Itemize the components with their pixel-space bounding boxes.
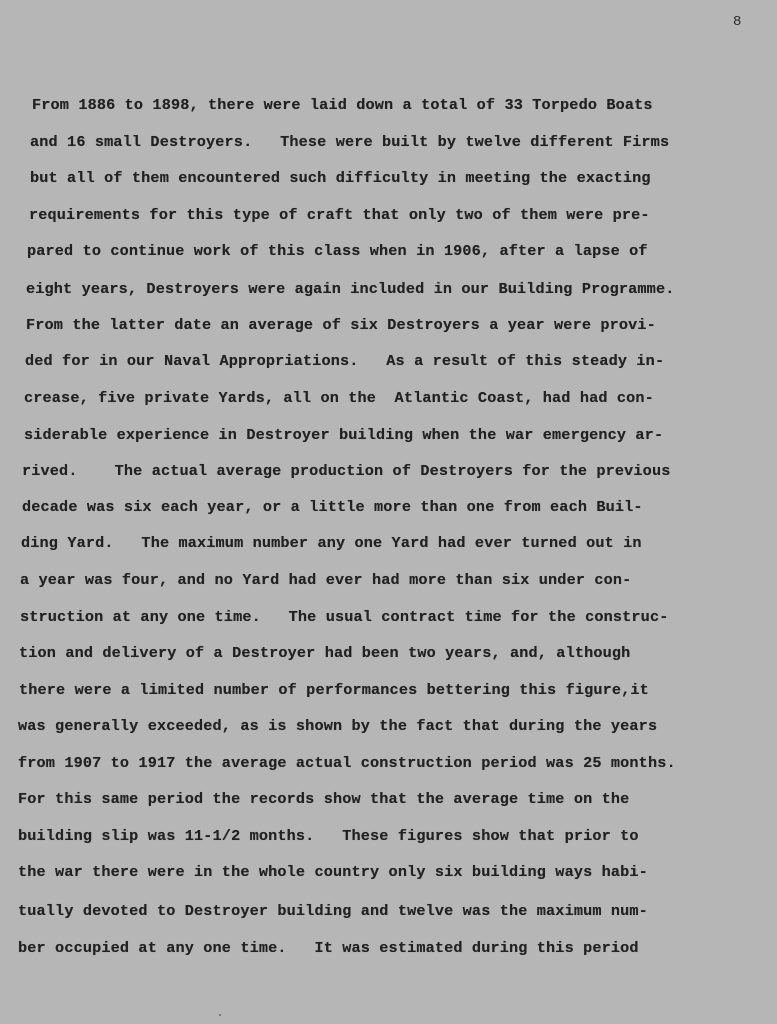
text-line: From 1886 to 1898, there were laid down …	[32, 96, 653, 114]
text-line: struction at any one time. The usual con…	[20, 608, 668, 626]
text-line: eight years, Destroyers were again inclu…	[26, 280, 674, 298]
text-line: pared to continue work of this class whe…	[27, 242, 648, 260]
text-line: requirements for this type of craft that…	[29, 206, 650, 224]
text-line: siderable experience in Destroyer buildi…	[24, 426, 663, 444]
text-line: was generally exceeded, as is shown by t…	[18, 717, 657, 735]
text-line: For this same period the records show th…	[18, 790, 629, 808]
text-line: ber occupied at any one time. It was est…	[18, 939, 639, 957]
page-number: 8	[733, 14, 741, 30]
paper-speck	[219, 1014, 221, 1016]
text-line: tion and delivery of a Destroyer had bee…	[19, 644, 630, 662]
text-line: decade was six each year, or a little mo…	[22, 498, 643, 516]
text-line: the war there were in the whole country …	[18, 863, 648, 881]
text-line: rived. The actual average production of …	[22, 462, 670, 480]
text-line: crease, five private Yards, all on the A…	[24, 389, 654, 407]
text-line: tually devoted to Destroyer building and…	[18, 902, 648, 920]
text-line: ded for in our Naval Appropriations. As …	[25, 352, 664, 370]
text-line: building slip was 11-1/2 months. These f…	[18, 827, 639, 845]
text-line: From the latter date an average of six D…	[26, 316, 656, 334]
text-line: from 1907 to 1917 the average actual con…	[18, 754, 676, 772]
text-line: and 16 small Destroyers. These were buil…	[30, 133, 669, 151]
text-line: a year was four, and no Yard had ever ha…	[20, 571, 631, 589]
text-line: there were a limited number of performan…	[19, 681, 649, 699]
text-line: ding Yard. The maximum number any one Ya…	[21, 534, 642, 552]
text-line: but all of them encountered such difficu…	[30, 169, 651, 187]
